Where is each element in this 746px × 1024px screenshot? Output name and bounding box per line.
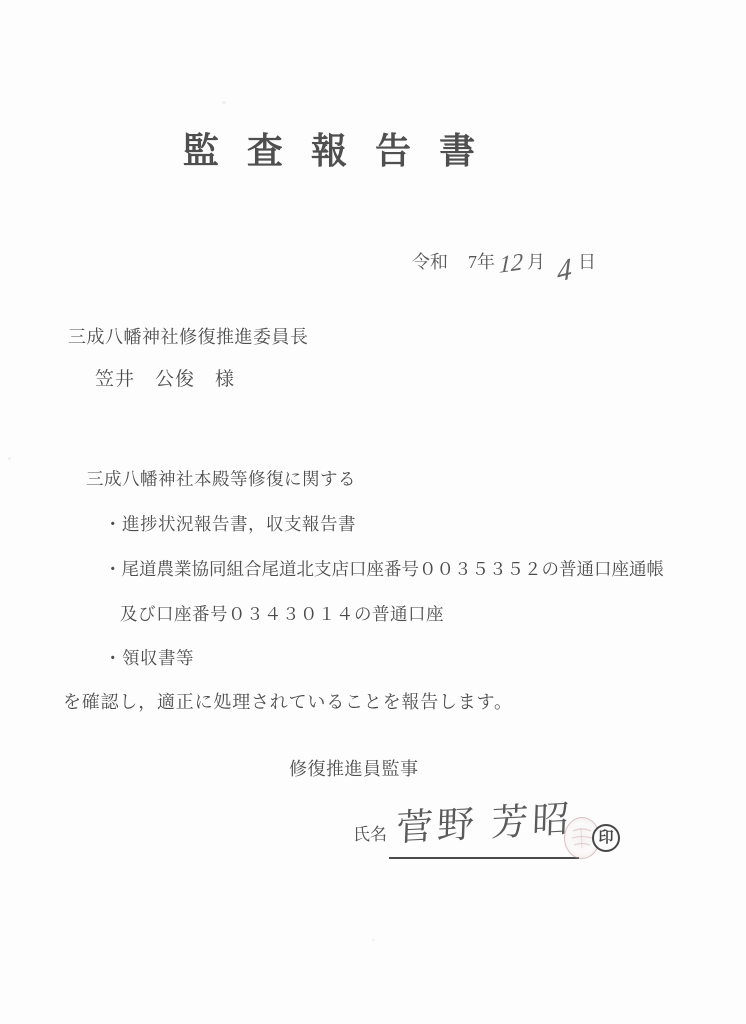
addressee-role-line: 三成八幡神社修復推進委員長 (68, 328, 309, 346)
bullet-item-bank-passbook: ・尾道農業協同組合尾道北支店口座番号００３５３５２の普通口座通帳 (104, 561, 664, 579)
document-title: 監査報告書 (0, 133, 716, 169)
addressee-name-line: 笠井 公俊 様 (95, 370, 235, 389)
handwritten-month-value: 12 (499, 250, 524, 278)
seal-character: 印 (598, 831, 613, 846)
name-field-label: 氏名 (353, 826, 387, 843)
scan-speck (372, 939, 375, 941)
audit-report-scanned-page: 監査報告書 令和7年12月4日 三成八幡神社修復推進委員長 笠井 公俊 様 三成… (0, 0, 746, 1024)
bullet-item-progress-report: ・進捗状況報告書，収支報告書 (104, 516, 356, 534)
handwritten-signature: 菅野 芳昭 (395, 801, 573, 847)
bullet-item-receipts: ・領収書等 (104, 650, 194, 668)
body-intro-line: 三成八幡神社本殿等修復に関する (86, 471, 356, 489)
era-label: 令和 (412, 252, 448, 272)
signature-underline (389, 857, 579, 859)
handwritten-day-value: 4 (557, 254, 573, 288)
date-line: 令和7年12月4日 (412, 252, 598, 286)
scan-speck (222, 101, 226, 104)
auditor-role-title: 修復推進員監事 (289, 760, 419, 778)
month-unit-label: 月 (527, 252, 545, 272)
bullet-item-second-account: 及び口座番号０３４３０１４の普通口座 (120, 606, 444, 624)
day-unit-label: 日 (578, 252, 596, 272)
closing-statement: を確認し，適正に処理されていることを報告します。 (63, 693, 513, 711)
scan-speck (8, 457, 11, 460)
seal-mark-icon: 印 (592, 824, 620, 852)
year-value: 7年 (468, 252, 495, 272)
